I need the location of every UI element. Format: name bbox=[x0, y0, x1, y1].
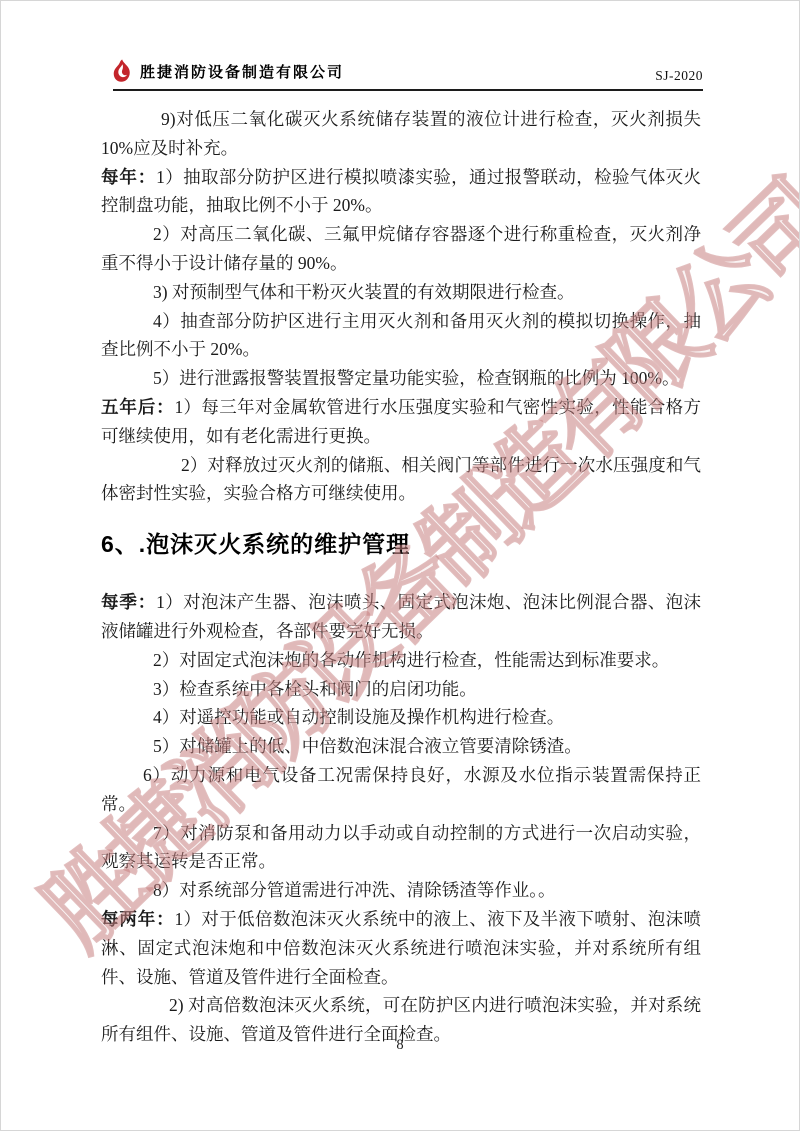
flame-icon bbox=[113, 59, 131, 84]
document-page: 胜捷消防设备制造有限公司 胜捷消防设备制造有限公司 SJ-2020 9)对低压二… bbox=[0, 0, 800, 1131]
paragraph-label: 每两年： bbox=[101, 909, 174, 929]
section-heading: 6、.泡沫灭火系统的维护管理 bbox=[101, 528, 701, 560]
page-number: 8 bbox=[1, 1037, 799, 1054]
paragraph: 每年：1）抽取部分防护区进行模拟喷漆实验，通过报警联动，检验气体灭火控制盘功能，… bbox=[101, 163, 701, 221]
paragraph: 4）抽查部分防护区进行主用灭火剂和备用灭火剂的模拟切换操作，抽查比例不小于 20… bbox=[101, 307, 701, 365]
paragraph: 2）对释放过灭火剂的储瓶、相关阀门等部件进行一次水压强度和气体密封性实验，实验合… bbox=[101, 451, 701, 509]
paragraph: 每季：1）对泡沫产生器、泡沫喷头、固定式泡沫炮、泡沫比例混合器、泡沫液储罐进行外… bbox=[101, 588, 701, 646]
paragraph: 2）对高压二氧化碳、三氟甲烷储存容器逐个进行称重检查，灭火剂净重不得小于设计储存… bbox=[101, 220, 701, 278]
paragraph: 6）动力源和电气设备工况需保持良好，水源及水位指示装置需保持正常。 bbox=[101, 761, 701, 819]
paragraph-label: 五年后： bbox=[101, 397, 174, 417]
document-code: SJ-2020 bbox=[655, 68, 703, 84]
paragraph: 3）检查系统中各栓头和阀门的启闭功能。 bbox=[101, 675, 701, 704]
paragraph: 4）对遥控功能或自动控制设施及操作机构进行检查。 bbox=[101, 703, 701, 732]
paragraph: 五年后：1）每三年对金属软管进行水压强度实验和气密性实验，性能合格方可继续使用，… bbox=[101, 393, 701, 451]
paragraph: 每两年：1）对于低倍数泡沫灭火系统中的液上、液下及半液下喷射、泡沫喷淋、固定式泡… bbox=[101, 905, 701, 991]
paragraph: 8）对系统部分管道需进行冲洗、清除锈渣等作业。。 bbox=[101, 876, 701, 905]
paragraph-label: 每季： bbox=[101, 592, 156, 612]
company-name: 胜捷消防设备制造有限公司 bbox=[140, 61, 344, 82]
paragraph: 5）对储罐上的低、中倍数泡沫混合液立管要清除锈渣。 bbox=[101, 732, 701, 761]
paragraph: 9)对低压二氧化碳灭火系统储存装置的液位计进行检查，灭火剂损失 10%应及时补充… bbox=[101, 105, 701, 163]
page-header: 胜捷消防设备制造有限公司 SJ-2020 bbox=[113, 49, 703, 91]
paragraph-label: 每年： bbox=[101, 167, 156, 187]
paragraph: 2）对固定式泡沫炮的各动作机构进行检查，性能需达到标准要求。 bbox=[101, 646, 701, 675]
paragraph: 5）进行泄露报警装置报警定量功能实验，检查钢瓶的比例为 100%。 bbox=[101, 364, 701, 393]
paragraph: 7）对消防泵和备用动力以手动或自动控制的方式进行一次启动实验，观察其运转是否正常… bbox=[101, 819, 701, 877]
document-body: 9)对低压二氧化碳灭火系统储存装置的液位计进行检查，灭火剂损失 10%应及时补充… bbox=[101, 105, 701, 1049]
paragraph: 3) 对预制型气体和干粉灭火装置的有效期限进行检查。 bbox=[101, 278, 701, 307]
brand: 胜捷消防设备制造有限公司 bbox=[113, 59, 344, 84]
